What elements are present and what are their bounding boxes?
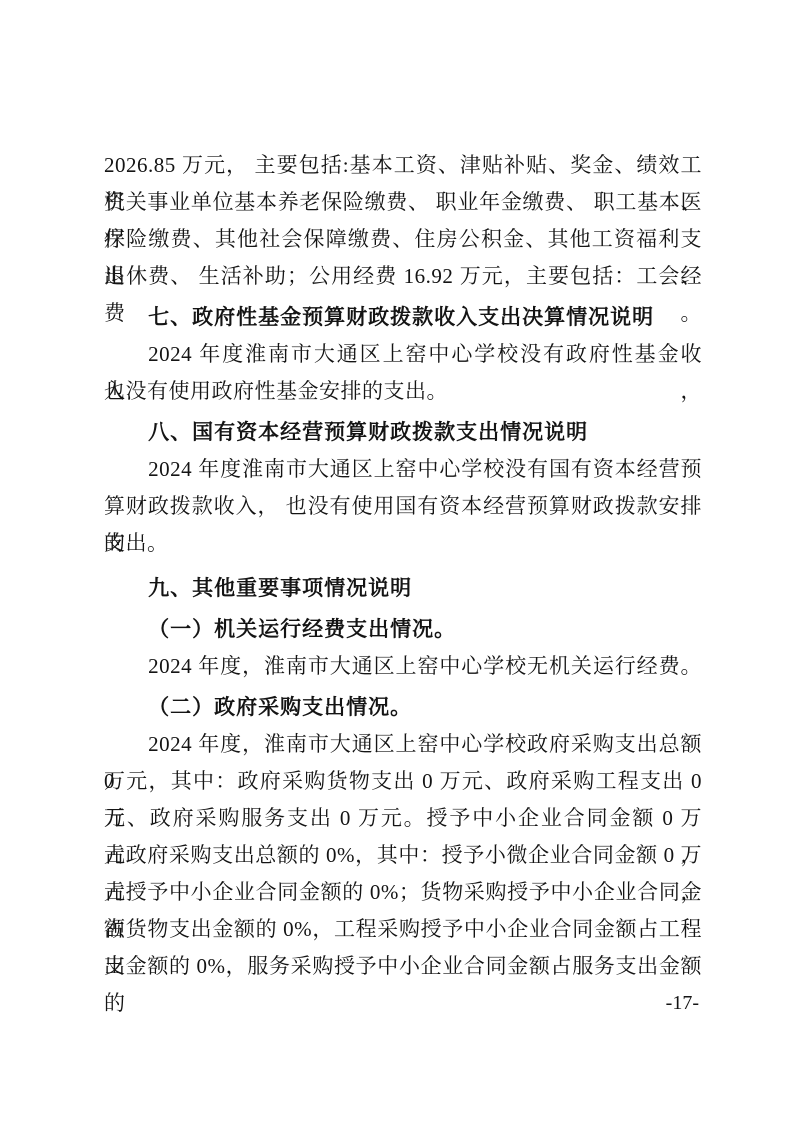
body-line: 占政府采购支出总额的 0%，其中：授予小微企业合同金额 0 万元， [104,837,702,874]
body-line: 2024 年度淮南市大通区上窑中心学校没有国有资本经营预 [104,451,702,488]
subsection-heading-2: （二）政府采购支出情况。 [104,689,702,726]
section-heading-text: 八、国有资本经营预算财政拨款支出情况说明 [104,414,702,451]
body-line: 2026.85 万元， 主要包括:基本工资、津贴补贴、奖金、绩效工资、 [104,147,702,184]
body-line: 占货物支出金额的 0%，工程采购授予中小企业合同金额占工程支 [104,911,702,948]
page-number: -17- [666,991,699,1015]
paragraph-state-capital: 2024 年度淮南市大通区上窑中心学校没有国有资本经营预 算财政拨款收入， 也没… [104,451,702,562]
section-heading-text: 九、其他重要事项情况说明 [104,570,702,607]
section-heading-9: 九、其他重要事项情况说明 [104,570,702,607]
section-heading-7: 七、政府性基金预算财政拨款收入支出决算情况说明 [104,299,702,336]
body-line: 退休费、 生活补助；公用经费 16.92 万元，主要包括：工会经费。 [104,258,702,295]
body-line: 万元，其中：政府采购货物支出 0 万元、政府采购工程支出 0 万 [104,763,702,800]
body-line: 算财政拨款收入， 也没有使用国有资本经营预算财政拨款安排的 [104,488,702,525]
body-line: 2024 年度，淮南市大通区上窑中心学校政府采购支出总额 0 [104,726,702,763]
paragraph-procurement: 2024 年度，淮南市大通区上窑中心学校政府采购支出总额 0 万元，其中：政府采… [104,726,702,985]
body-line: 保险缴费、其他社会保障缴费、住房公积金、其他工资福利支出、 [104,221,702,258]
subsection-heading-text: （二）政府采购支出情况。 [104,689,702,726]
body-line: 2024 年度淮南市大通区上窑中心学校没有政府性基金收入， [104,336,702,373]
paragraph-personnel-expenses: 2026.85 万元， 主要包括:基本工资、津贴补贴、奖金、绩效工资、 机关事业… [104,147,702,295]
subsection-heading-text: （一）机关运行经费支出情况。 [104,611,702,648]
body-line: 机关事业单位基本养老保险缴费、 职业年金缴费、 职工基本医疗 [104,184,702,221]
body-line: 出金额的 0%，服务采购授予中小企业合同金额占服务支出金额的 [104,948,702,985]
section-heading-8: 八、国有资本经营预算财政拨款支出情况说明 [104,414,702,451]
body-line: 元、政府采购服务支出 0 万元。授予中小企业合同金额 0 万元， [104,800,702,837]
document-page: 2026.85 万元， 主要包括:基本工资、津贴补贴、奖金、绩效工资、 机关事业… [0,0,793,1122]
page-content: 2026.85 万元， 主要包括:基本工资、津贴补贴、奖金、绩效工资、 机关事业… [104,147,702,985]
body-line: 支出。 [104,525,702,562]
body-line: 占授予中小企业合同金额的 0%；货物采购授予中小企业合同金额 [104,874,702,911]
subsection-heading-1: （一）机关运行经费支出情况。 [104,611,702,648]
section-heading-text: 七、政府性基金预算财政拨款收入支出决算情况说明 [104,299,702,336]
paragraph-govt-fund: 2024 年度淮南市大通区上窑中心学校没有政府性基金收入， 也没有使用政府性基金… [104,336,702,410]
body-line: 2024 年度，淮南市大通区上窑中心学校无机关运行经费。 [104,648,702,685]
paragraph-operating-expenses: 2024 年度，淮南市大通区上窑中心学校无机关运行经费。 [104,648,702,685]
